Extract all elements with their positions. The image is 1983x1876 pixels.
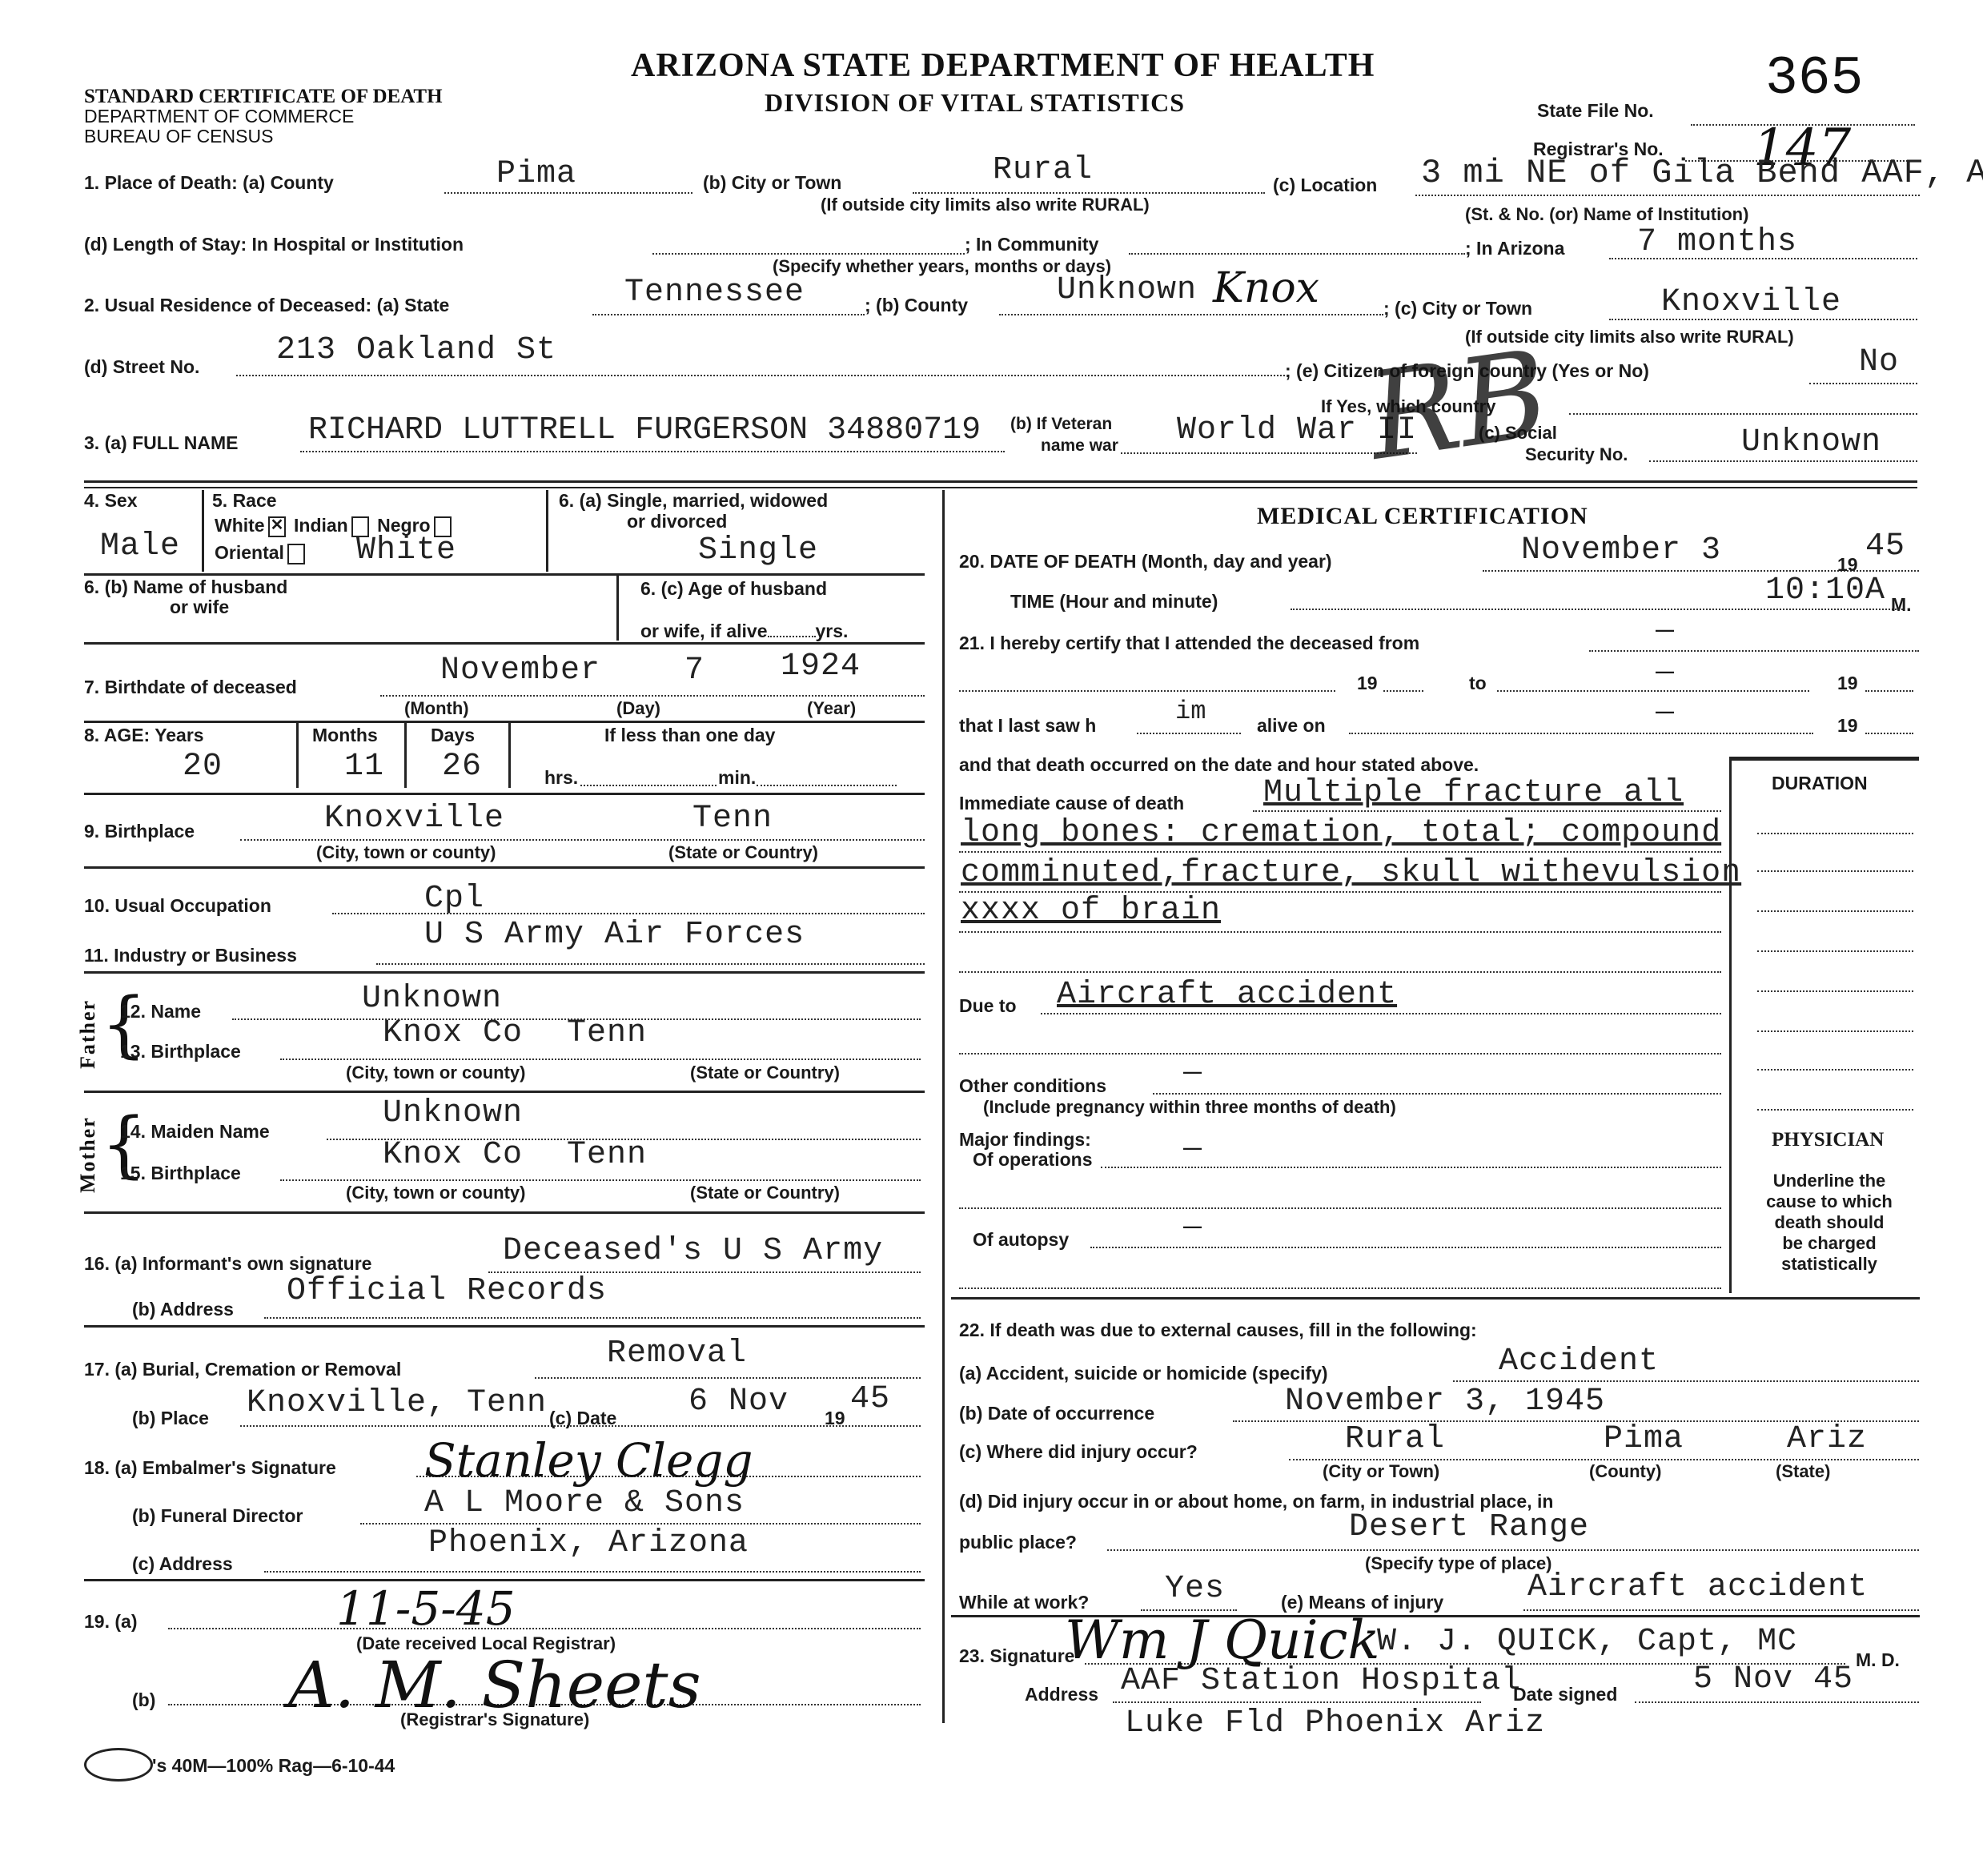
occupation-value: Cpl: [424, 881, 484, 917]
state-file-label: State File No.: [1537, 100, 1654, 122]
age-divider-2: [404, 722, 407, 788]
stay-community-label: ; In Community: [965, 234, 1098, 255]
date-signed-value: 5 Nov 45: [1693, 1661, 1853, 1697]
time-value: 10:10A: [1765, 572, 1885, 609]
industry-value: U S Army Air Forces: [424, 917, 805, 953]
father-city-caption: (City, town or county): [346, 1063, 525, 1083]
full-name-line: [300, 451, 1005, 452]
location-note: (St. & No. (or) Name of Institution): [1465, 204, 1748, 225]
registrar-date-line: [168, 1628, 921, 1629]
birthplace-line: [240, 839, 925, 841]
registrar-date-label: 19. (a): [84, 1611, 137, 1633]
marital-label-1: 6. (a) Single, married, widowed: [559, 490, 828, 512]
section-divider-top-2: [84, 487, 1917, 488]
division-title: DIVISION OF VITAL STATISTICS: [765, 88, 1185, 118]
informant-address-value: Official Records: [287, 1273, 607, 1309]
due-to-line: [1041, 1013, 1721, 1014]
mother-birthplace-line: [280, 1179, 921, 1181]
duration-line-3: [1757, 910, 1913, 912]
injury-county-value: Pima: [1604, 1421, 1684, 1457]
death-city-value: Rural: [993, 152, 1093, 188]
embalmer-label: 18. (a) Embalmer's Signature: [84, 1457, 336, 1479]
other-conditions-label: Other conditions: [959, 1075, 1106, 1097]
race-options-row-2: Oriental: [215, 542, 308, 564]
divider-17: [84, 1325, 925, 1328]
immediate-cause-line-2: long bones: cremation, total; compound: [961, 815, 1721, 851]
birth-month-caption: (Month): [404, 698, 469, 719]
physician-address-line-1: AAF Station Hospital: [1121, 1663, 1521, 1699]
sex-label: 4. Sex: [84, 490, 138, 512]
spouse-age-label-1: 6. (c) Age of husband: [640, 578, 827, 600]
funeral-address-value: Phoenix, Arizona: [428, 1525, 749, 1561]
age-months-label: Months: [312, 725, 378, 746]
dod-year-value: 45: [1865, 528, 1905, 564]
age-divider-3: [508, 722, 511, 788]
funeral-director-label: (b) Funeral Director: [132, 1505, 303, 1527]
funeral-address-label: (c) Address: [132, 1553, 233, 1575]
physician-address-label: Address: [1025, 1684, 1098, 1705]
disposition-place-value: Knoxville, Tenn: [247, 1385, 547, 1421]
war-label: name war: [1041, 436, 1118, 456]
attend-from-value: —: [1656, 619, 1674, 641]
accident-type-line: [1453, 1380, 1919, 1382]
section-divider-top: [84, 480, 1917, 483]
residence-city-value: Knoxville: [1661, 284, 1841, 320]
duration-line-7: [1757, 1069, 1913, 1071]
less-than-day-label: If less than one day: [604, 725, 775, 746]
residence-county-line: [999, 314, 1383, 315]
divider-9: [84, 793, 925, 795]
father-side-label: Father: [76, 999, 100, 1069]
birthdate-line: [380, 695, 925, 697]
disposition-place-label: (b) Place: [132, 1408, 209, 1429]
last-saw-pronoun-line: [1137, 733, 1241, 734]
date-signed-line: [1635, 1701, 1919, 1703]
attend-to-line: [1497, 690, 1809, 692]
disposition-line: [535, 1377, 921, 1379]
form-dept: DEPARTMENT OF COMMERCE: [84, 106, 443, 127]
disposition-year-value: 45: [850, 1381, 890, 1417]
physician-note: Underline the cause to which death shoul…: [1745, 1171, 1913, 1275]
injury-where-line: [1289, 1459, 1919, 1460]
accident-type-label: (a) Accident, suicide or homicide (speci…: [959, 1363, 1328, 1384]
funeral-address-line: [264, 1571, 921, 1573]
divider-7: [84, 642, 925, 645]
occurrence-date-value: November 3, 1945: [1285, 1384, 1605, 1420]
informant-address-label: (b) Address: [132, 1299, 234, 1320]
residence-county-value: Unknown: [1057, 272, 1197, 308]
location-value: 3 mi NE of Gila Bend AAF, Ari: [1421, 154, 1983, 192]
city-line: [913, 192, 1265, 194]
attend-year-2: [1865, 690, 1913, 692]
autopsy-line-2: [959, 1287, 1721, 1289]
birth-year-caption: (Year): [807, 698, 856, 719]
immediate-cause-line-4: xxxx of brain: [961, 893, 1221, 929]
immediate-cause-line-1: Multiple fracture all: [1263, 775, 1684, 811]
occurrence-date-label: (b) Date of occurrence: [959, 1403, 1154, 1424]
attend-from-line: [1589, 650, 1919, 652]
immediate-cause-label: Immediate cause of death: [959, 793, 1184, 814]
occupation-label: 10. Usual Occupation: [84, 895, 271, 917]
disposition-label: 17. (a) Burial, Cremation or Removal: [84, 1359, 401, 1380]
duration-line-2: [1757, 870, 1913, 872]
race-oriental-label: Oriental: [215, 542, 284, 563]
birthplace-city-caption: (City, town or county): [316, 842, 496, 863]
accident-type-value: Accident: [1499, 1344, 1659, 1380]
column-divider: [942, 490, 945, 1723]
father-birthplace-line: [280, 1059, 921, 1060]
other-conditions-value: —: [1183, 1061, 1202, 1083]
stay-hospital-line: [652, 253, 965, 255]
cause-line-4: [959, 931, 1721, 933]
disposition-year-prefix: 19: [825, 1408, 845, 1429]
immediate-cause-line-3: comminuted,fracture, skull withevulsion: [961, 855, 1741, 891]
last-saw-value: —: [1656, 701, 1674, 722]
pregnancy-note: (Include pregnancy within three months o…: [983, 1097, 1396, 1118]
duration-line-5: [1757, 990, 1913, 992]
spouse-divider: [616, 575, 619, 641]
occupation-line: [332, 913, 925, 914]
place-type-line: [1107, 1549, 1919, 1551]
state-file-number: 365: [1765, 48, 1863, 110]
residence-state-line: [592, 314, 865, 315]
attend-19-a: 19: [1357, 673, 1378, 694]
divider-12: [84, 971, 925, 974]
due-to-line-2: [959, 1053, 1721, 1054]
sex-value: Male: [100, 528, 180, 564]
mother-birthplace-state: Tenn: [567, 1137, 647, 1173]
which-country-line: [1569, 413, 1917, 415]
last-saw-label: that I last saw h: [959, 715, 1096, 737]
last-saw-line: [1349, 733, 1813, 734]
death-county-value: Pima: [496, 156, 576, 192]
duration-box-top: [1729, 757, 1919, 761]
informant-address-line: [264, 1317, 921, 1319]
death-city-label: (b) City or Town: [703, 172, 841, 194]
father-birthplace-state: Tenn: [567, 1015, 647, 1051]
age-days-label: Days: [431, 725, 475, 746]
stated-above-text: and that death occurred on the date and …: [959, 754, 1479, 776]
stay-arizona-value: 7 months: [1637, 224, 1797, 260]
age-days-value: 26: [442, 749, 482, 785]
min-line: [757, 785, 897, 786]
registrar-signature-label: (b): [132, 1689, 155, 1711]
mother-name-label: 14. Maiden Name: [120, 1121, 270, 1143]
street-label: (d) Street No.: [84, 356, 199, 378]
divider-14: [84, 1091, 925, 1093]
spouse-name-label-1: 6. (b) Name of husband: [84, 576, 287, 598]
attend-to-value: —: [1656, 661, 1674, 682]
mother-state-caption: (State or Country): [690, 1183, 840, 1203]
birthplace-label: 9. Birthplace: [84, 821, 195, 842]
death-city-note: (If outside city limits also write RURAL…: [821, 195, 1150, 215]
mother-city-caption: (City, town or county): [346, 1183, 525, 1203]
race-indian-label: Indian: [294, 515, 348, 536]
place-type-caption: (Specify type of place): [1365, 1553, 1552, 1574]
street-value: 213 Oakland St: [276, 332, 556, 368]
embalmer-signature: Stanley Clegg: [424, 1433, 753, 1488]
external-causes-label: 22. If death was due to external causes,…: [959, 1320, 1477, 1341]
injury-state-value: Ariz: [1787, 1421, 1867, 1457]
county-line: [444, 192, 692, 194]
race-label: 5. Race: [212, 490, 277, 512]
birth-day-caption: (Day): [616, 698, 660, 719]
major-findings-label: Major findings:: [959, 1129, 1091, 1151]
union-label-icon: [84, 1748, 153, 1782]
funeral-director-line: [360, 1523, 921, 1525]
divider-10: [84, 866, 925, 869]
disposition-date-value: 6 Nov: [688, 1384, 789, 1420]
form-title-block: STANDARD CERTIFICATE OF DEATH DEPARTMENT…: [84, 86, 443, 147]
race-value: White: [356, 532, 456, 568]
citizen-value: No: [1859, 344, 1899, 380]
due-to-value: Aircraft accident: [1057, 977, 1397, 1013]
birth-day-value: 7: [684, 653, 704, 689]
marital-label-2: or divorced: [627, 511, 727, 532]
stay-community-line: [1129, 253, 1465, 255]
last-saw-19: 19: [1837, 715, 1858, 737]
last-saw-pronoun: im: [1175, 697, 1206, 726]
other-conditions-line: [1153, 1093, 1721, 1095]
time-line: [1291, 609, 1903, 610]
full-name-value: RICHARD LUTTRELL FURGERSON 34880719: [308, 412, 981, 448]
residence-city-label: ; (c) City or Town: [1383, 298, 1532, 319]
mother-name-value: Unknown: [383, 1095, 523, 1131]
min-label: min.: [718, 767, 756, 789]
birth-year-value: 1924: [781, 649, 861, 685]
birthdate-label: 7. Birthdate of deceased: [84, 677, 297, 698]
physician-signature-label: 23. Signature: [959, 1645, 1074, 1667]
war-line: [1121, 452, 1417, 454]
form-bureau: BUREAU OF CENSUS: [84, 127, 443, 147]
place-type-value: Desert Range: [1349, 1509, 1589, 1545]
injury-county-caption: (County): [1589, 1461, 1661, 1482]
race-oriental-checkbox[interactable]: [287, 544, 305, 564]
stay-arizona-label: ; In Arizona: [1465, 238, 1564, 259]
birth-month-value: November: [440, 653, 600, 689]
operations-line-2: [959, 1207, 1721, 1209]
age-months-value: 11: [344, 749, 384, 785]
place-type-label-2: public place?: [959, 1532, 1077, 1553]
cause-line-2: [959, 851, 1721, 853]
injury-state-caption: (State): [1776, 1461, 1830, 1482]
physician-title: PHYSICIAN: [1772, 1129, 1884, 1151]
spouse-age-label-2: or wife, if aliveyrs.: [640, 621, 848, 642]
injury-city-value: Rural: [1345, 1421, 1445, 1457]
street-line: [236, 375, 1285, 376]
time-suffix: M.: [1891, 594, 1912, 616]
father-birthplace-city: Knox Co: [383, 1015, 523, 1051]
registrar-signature-caption: (Registrar's Signature): [400, 1709, 589, 1730]
time-label: TIME (Hour and minute): [1010, 591, 1218, 613]
attend-label: 21. I hereby certify that I attended the…: [959, 633, 1419, 654]
location-label: (c) Location: [1273, 175, 1377, 196]
ssn-line: [1649, 460, 1917, 462]
physician-typed-name: W. J. QUICK, Capt, MC: [1377, 1624, 1797, 1660]
residence-county-handwritten: Knox: [1213, 264, 1319, 312]
duration-line-4: [1757, 950, 1913, 952]
means-line: [1523, 1609, 1919, 1611]
form-title: STANDARD CERTIFICATE OF DEATH: [84, 86, 443, 106]
at-work-value: Yes: [1165, 1571, 1225, 1607]
death-certificate: STANDARD CERTIFICATE OF DEATH DEPARTMENT…: [0, 0, 1983, 1876]
operations-label: Of operations: [973, 1149, 1093, 1171]
mother-birthplace-label: 15. Birthplace: [120, 1163, 241, 1184]
autopsy-line: [1090, 1247, 1721, 1248]
divider-16: [84, 1211, 925, 1214]
spouse-name-label-2: or wife: [170, 597, 229, 618]
cause-line-5: [959, 971, 1721, 973]
residence-label: 2. Usual Residence of Deceased: (a) Stat…: [84, 295, 449, 316]
divider-6b: [84, 573, 925, 576]
attend-from-line-2: [959, 690, 1335, 692]
industry-line: [376, 963, 925, 965]
agency-title: ARIZONA STATE DEPARTMENT OF HEALTH: [631, 46, 1375, 85]
divider-8: [84, 721, 925, 723]
duration-box-left: [1729, 757, 1732, 1293]
informant-value: Deceased's U S Army: [503, 1233, 883, 1269]
informant-label: 16. (a) Informant's own signature: [84, 1253, 371, 1275]
margin-initials: RB: [1360, 324, 1556, 487]
duration-line-6: [1757, 1030, 1913, 1032]
full-name-label: 3. (a) FULL NAME: [84, 432, 239, 454]
date-of-death-value: November 3: [1521, 532, 1721, 568]
last-saw-alive-label: alive on: [1257, 715, 1326, 737]
veteran-label: (b) If Veteran: [1010, 415, 1112, 434]
birthplace-city-value: Knoxville: [324, 801, 504, 837]
father-birthplace-label: 13. Birthplace: [120, 1041, 241, 1063]
last-saw-year: [1865, 733, 1913, 734]
injury-city-caption: (City or Town): [1323, 1461, 1439, 1482]
race-white-label: White: [215, 515, 265, 536]
ssn-value: Unknown: [1741, 424, 1881, 460]
physician-address-line-2: Luke Fld Phoenix Ariz: [1125, 1705, 1545, 1741]
birthplace-state-value: Tenn: [692, 801, 773, 837]
physician-address-line: [1113, 1701, 1481, 1703]
citizen-line: [1809, 383, 1917, 384]
industry-label: 11. Industry or Business: [84, 945, 297, 966]
operations-line: [1101, 1167, 1721, 1168]
md-suffix: M. D.: [1856, 1649, 1900, 1671]
attend-19-b: 19: [1837, 673, 1858, 694]
race-marital-divider: [546, 490, 548, 572]
marital-value: Single: [698, 532, 818, 568]
physician-signature: Wm J Quick: [1065, 1609, 1380, 1671]
divider-22: [951, 1297, 1920, 1300]
residence-state-value: Tennessee: [624, 275, 805, 311]
birthplace-state-caption: (State or Country): [668, 842, 818, 863]
operations-value: —: [1183, 1137, 1202, 1159]
father-name-label: 12. Name: [120, 1001, 201, 1022]
duration-line-1: [1757, 833, 1913, 834]
funeral-director-value: A L Moore & Sons: [424, 1485, 745, 1521]
injury-where-label: (c) Where did injury occur?: [959, 1441, 1198, 1463]
age-years-value: 20: [183, 749, 223, 785]
date-signed-label: Date signed: [1513, 1684, 1617, 1705]
race-white-checkbox[interactable]: [268, 516, 286, 537]
date-of-death-label: 20. DATE OF DEATH (Month, day and year): [959, 551, 1332, 572]
registrar-date-value: 11-5-45: [336, 1581, 516, 1636]
print-line: 's 40M—100% Rag—6-10-44: [152, 1755, 395, 1777]
age-divider-1: [296, 722, 299, 788]
disposition-date-label: (c) Date: [549, 1408, 616, 1429]
residence-county-label: ; (b) County: [865, 295, 968, 316]
sex-race-divider: [202, 490, 204, 572]
length-of-stay-label: (d) Length of Stay: In Hospital or Insti…: [84, 234, 464, 255]
attend-to-label: to: [1469, 673, 1487, 694]
duration-line-8: [1757, 1109, 1913, 1111]
hrs-line: [580, 785, 717, 786]
duration-title: DURATION: [1772, 773, 1868, 794]
medical-certification-title: MEDICAL CERTIFICATION: [1257, 503, 1588, 530]
autopsy-label: Of autopsy: [973, 1229, 1069, 1251]
location-line: [1415, 195, 1920, 196]
autopsy-value: —: [1183, 1215, 1202, 1237]
means-value: Aircraft accident: [1527, 1569, 1868, 1605]
due-to-label: Due to: [959, 995, 1017, 1017]
attend-year-1: [1383, 690, 1423, 692]
age-years-label: 8. AGE: Years: [84, 725, 204, 746]
place-of-death-label: 1. Place of Death: (a) County: [84, 172, 334, 194]
mother-birthplace-city: Knox Co: [383, 1137, 523, 1173]
father-state-caption: (State or Country): [690, 1063, 840, 1083]
mother-side-label: Mother: [76, 1116, 100, 1193]
hrs-label: hrs.: [544, 767, 578, 789]
disposition-value: Removal: [607, 1336, 747, 1372]
father-name-value: Unknown: [362, 981, 502, 1017]
